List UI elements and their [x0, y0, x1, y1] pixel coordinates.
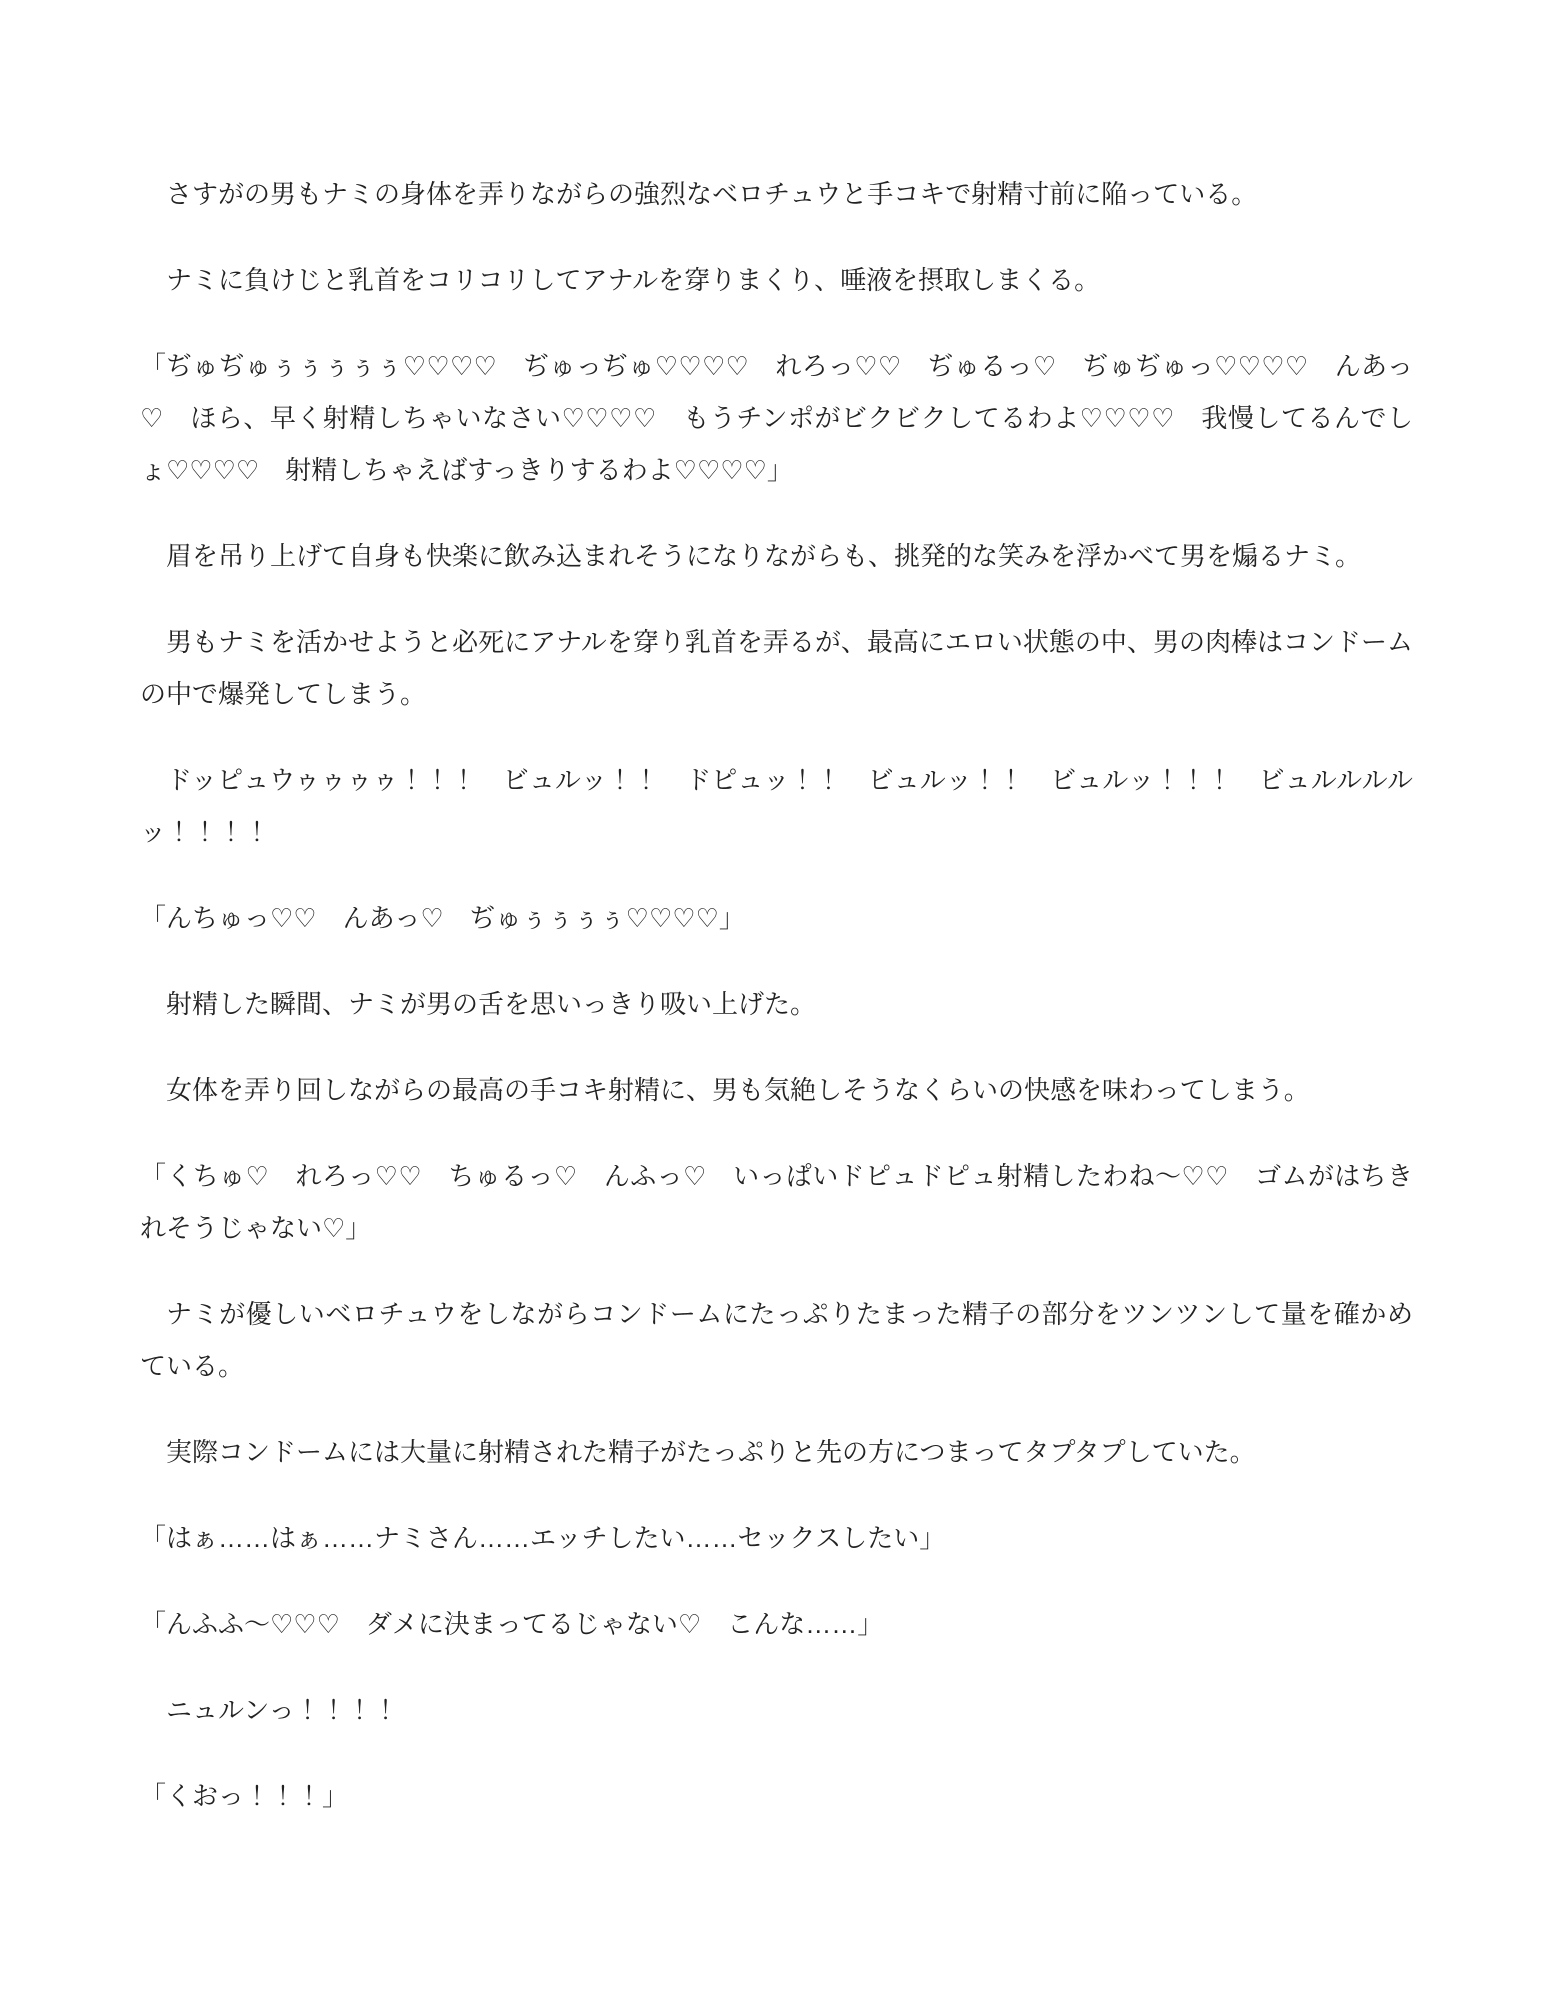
paragraph: ニュルンっ！！！！ — [140, 1684, 1413, 1736]
paragraph: 「んふふ～♡♡♡ ダメに決まってるじゃない♡ こんな……」 — [140, 1598, 1413, 1650]
paragraph: ナミが優しいベロチュウをしながらコンドームにたっぷりたまった精子の部分をツンツン… — [140, 1288, 1413, 1392]
paragraph: 射精した瞬間、ナミが男の舌を思いっきり吸い上げた。 — [140, 978, 1413, 1030]
document-page: さすがの男もナミの身体を弄りながらの強烈なベロチュウと手コキで射精寸前に陥ってい… — [0, 0, 1545, 2000]
paragraph: 「ぢゅぢゅぅぅぅぅぅ♡♡♡♡ ぢゅっぢゅ♡♡♡♡ れろっ♡♡ ぢゅるっ♡ ぢゅぢ… — [140, 340, 1413, 496]
paragraph: 「んちゅっ♡♡ んあっ♡ ぢゅぅぅぅぅ♡♡♡♡」 — [140, 892, 1413, 944]
paragraph: 眉を吊り上げて自身も快楽に飲み込まれそうになりながらも、挑発的な笑みを浮かべて男… — [140, 530, 1413, 582]
paragraph: ナミに負けじと乳首をコリコリしてアナルを穿りまくり、唾液を摂取しまくる。 — [140, 254, 1413, 306]
paragraph: 「くおっ！！！」 — [140, 1770, 1413, 1822]
paragraph: 実際コンドームには大量に射精された精子がたっぷりと先の方につまってタプタプしてい… — [140, 1426, 1413, 1478]
paragraph: さすがの男もナミの身体を弄りながらの強烈なベロチュウと手コキで射精寸前に陥ってい… — [140, 168, 1413, 220]
paragraph: 女体を弄り回しながらの最高の手コキ射精に、男も気絶しそうなくらいの快感を味わって… — [140, 1064, 1413, 1116]
paragraph: ドッピュウゥゥゥゥ！！！ ビュルッ！！ ドピュッ！！ ビュルッ！！ ビュルッ！！… — [140, 754, 1413, 858]
paragraph: 「くちゅ♡ れろっ♡♡ ちゅるっ♡ んふっ♡ いっぱいドピュドピュ射精したわね～… — [140, 1150, 1413, 1254]
paragraph: 「はぁ……はぁ……ナミさん……エッチしたい……セックスしたい」 — [140, 1512, 1413, 1564]
paragraph: 男もナミを活かせようと必死にアナルを穿り乳首を弄るが、最高にエロい状態の中、男の… — [140, 616, 1413, 720]
